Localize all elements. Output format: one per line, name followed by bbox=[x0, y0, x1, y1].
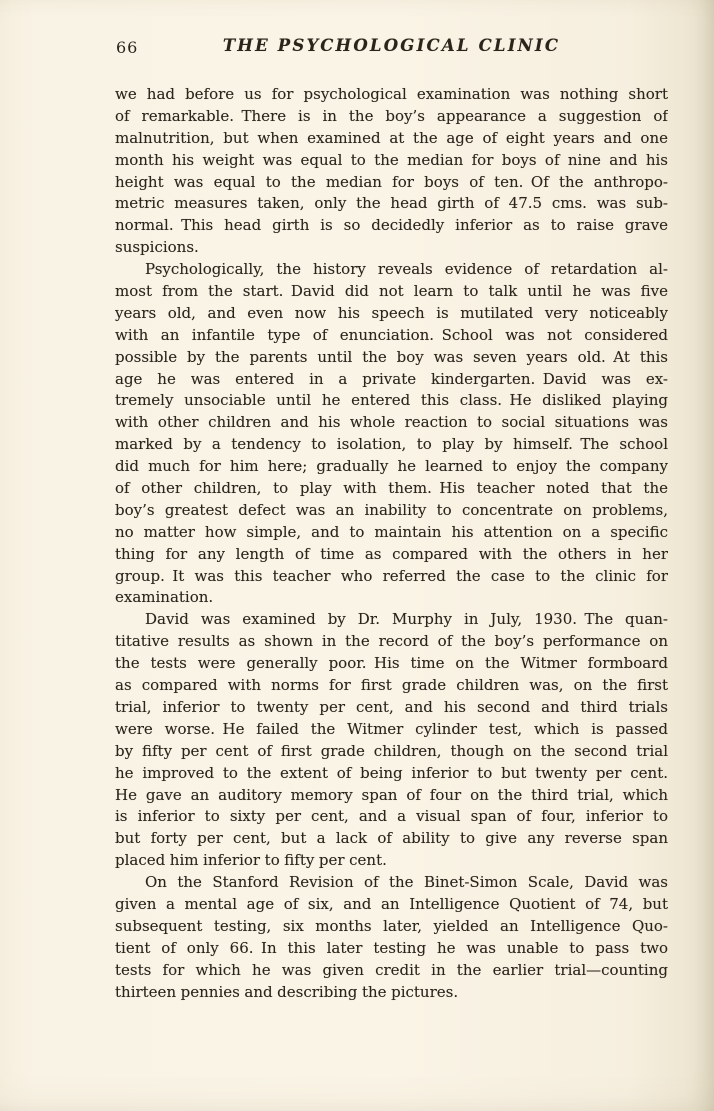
text-line: On the Stanford Revision of the Binet-Si… bbox=[115, 872, 668, 894]
text-line: thirteen pennies and describing the pict… bbox=[115, 982, 668, 1004]
text-line: most from the start. David did not learn… bbox=[115, 281, 668, 303]
text-line: we had before us for psychological exami… bbox=[115, 84, 668, 106]
text-line: Psychologically, the history reveals evi… bbox=[115, 259, 668, 281]
text-line: month his weight was equal to the median… bbox=[115, 150, 668, 172]
text-line: metric measures taken, only the head gir… bbox=[115, 193, 668, 215]
text-line: examination. bbox=[115, 587, 668, 609]
text-line: were worse. He failed the Witmer cylinde… bbox=[115, 719, 668, 741]
text-line: possible by the parents until the boy wa… bbox=[115, 347, 668, 369]
running-title: THE PSYCHOLOGICAL CLINIC bbox=[115, 36, 668, 55]
text-line: tests for which he was given credit in t… bbox=[115, 960, 668, 982]
text-line: trial, inferior to twenty per cent, and … bbox=[115, 697, 668, 719]
text-line: with an infantile type of enunciation. S… bbox=[115, 325, 668, 347]
text-line: boy’s greatest defect was an inability t… bbox=[115, 500, 668, 522]
text-line: of other children, to play with them. Hi… bbox=[115, 478, 668, 500]
text-line: group. It was this teacher who referred … bbox=[115, 566, 668, 588]
text-line: titative results as shown in the record … bbox=[115, 631, 668, 653]
text-line: of remarkable. There is in the boy’s app… bbox=[115, 106, 668, 128]
text-line: subsequent testing, six months later, yi… bbox=[115, 916, 668, 938]
text-line: malnutrition, but when examined at the a… bbox=[115, 128, 668, 150]
text-block: we had before us for psychological exami… bbox=[115, 84, 668, 1003]
text-line: height was equal to the median for boys … bbox=[115, 172, 668, 194]
text-line: He gave an auditory memory span of four … bbox=[115, 785, 668, 807]
text-line: the tests were generally poor. His time … bbox=[115, 653, 668, 675]
text-line: but forty per cent, but a lack of abilit… bbox=[115, 828, 668, 850]
text-line: he improved to the extent of being infer… bbox=[115, 763, 668, 785]
text-line: marked by a tendency to isolation, to pl… bbox=[115, 434, 668, 456]
text-line: David was examined by Dr. Murphy in July… bbox=[115, 609, 668, 631]
text-line: normal. This head girth is so decidedly … bbox=[115, 215, 668, 237]
text-line: tremely unsociable until he entered this… bbox=[115, 390, 668, 412]
text-line: tient of only 66. In this later testing … bbox=[115, 938, 668, 960]
text-line: as compared with norms for first grade c… bbox=[115, 675, 668, 697]
text-line: thing for any length of time as compared… bbox=[115, 544, 668, 566]
text-line: is inferior to sixty per cent, and a vis… bbox=[115, 806, 668, 828]
paragraph: David was examined by Dr. Murphy in July… bbox=[115, 609, 668, 872]
text-line: age he was entered in a private kinderga… bbox=[115, 369, 668, 391]
text-line: years old, and even now his speech is mu… bbox=[115, 303, 668, 325]
text-line: with other children and his whole reacti… bbox=[115, 412, 668, 434]
text-line: did much for him here; gradually he lear… bbox=[115, 456, 668, 478]
paragraph: we had before us for psychological exami… bbox=[115, 84, 668, 259]
text-line: suspicions. bbox=[115, 237, 668, 259]
page-header: 66 THE PSYCHOLOGICAL CLINIC bbox=[115, 36, 668, 60]
paragraph: On the Stanford Revision of the Binet-Si… bbox=[115, 872, 668, 1003]
paragraph: Psychologically, the history reveals evi… bbox=[115, 259, 668, 609]
text-line: given a mental age of six, and an Intell… bbox=[115, 894, 668, 916]
book-page: 66 THE PSYCHOLOGICAL CLINIC we had befor… bbox=[0, 0, 714, 1111]
text-line: by fifty per cent of first grade childre… bbox=[115, 741, 668, 763]
page-number: 66 bbox=[116, 38, 138, 57]
text-line: placed him inferior to fifty per cent. bbox=[115, 850, 668, 872]
text-line: no matter how simple, and to maintain hi… bbox=[115, 522, 668, 544]
